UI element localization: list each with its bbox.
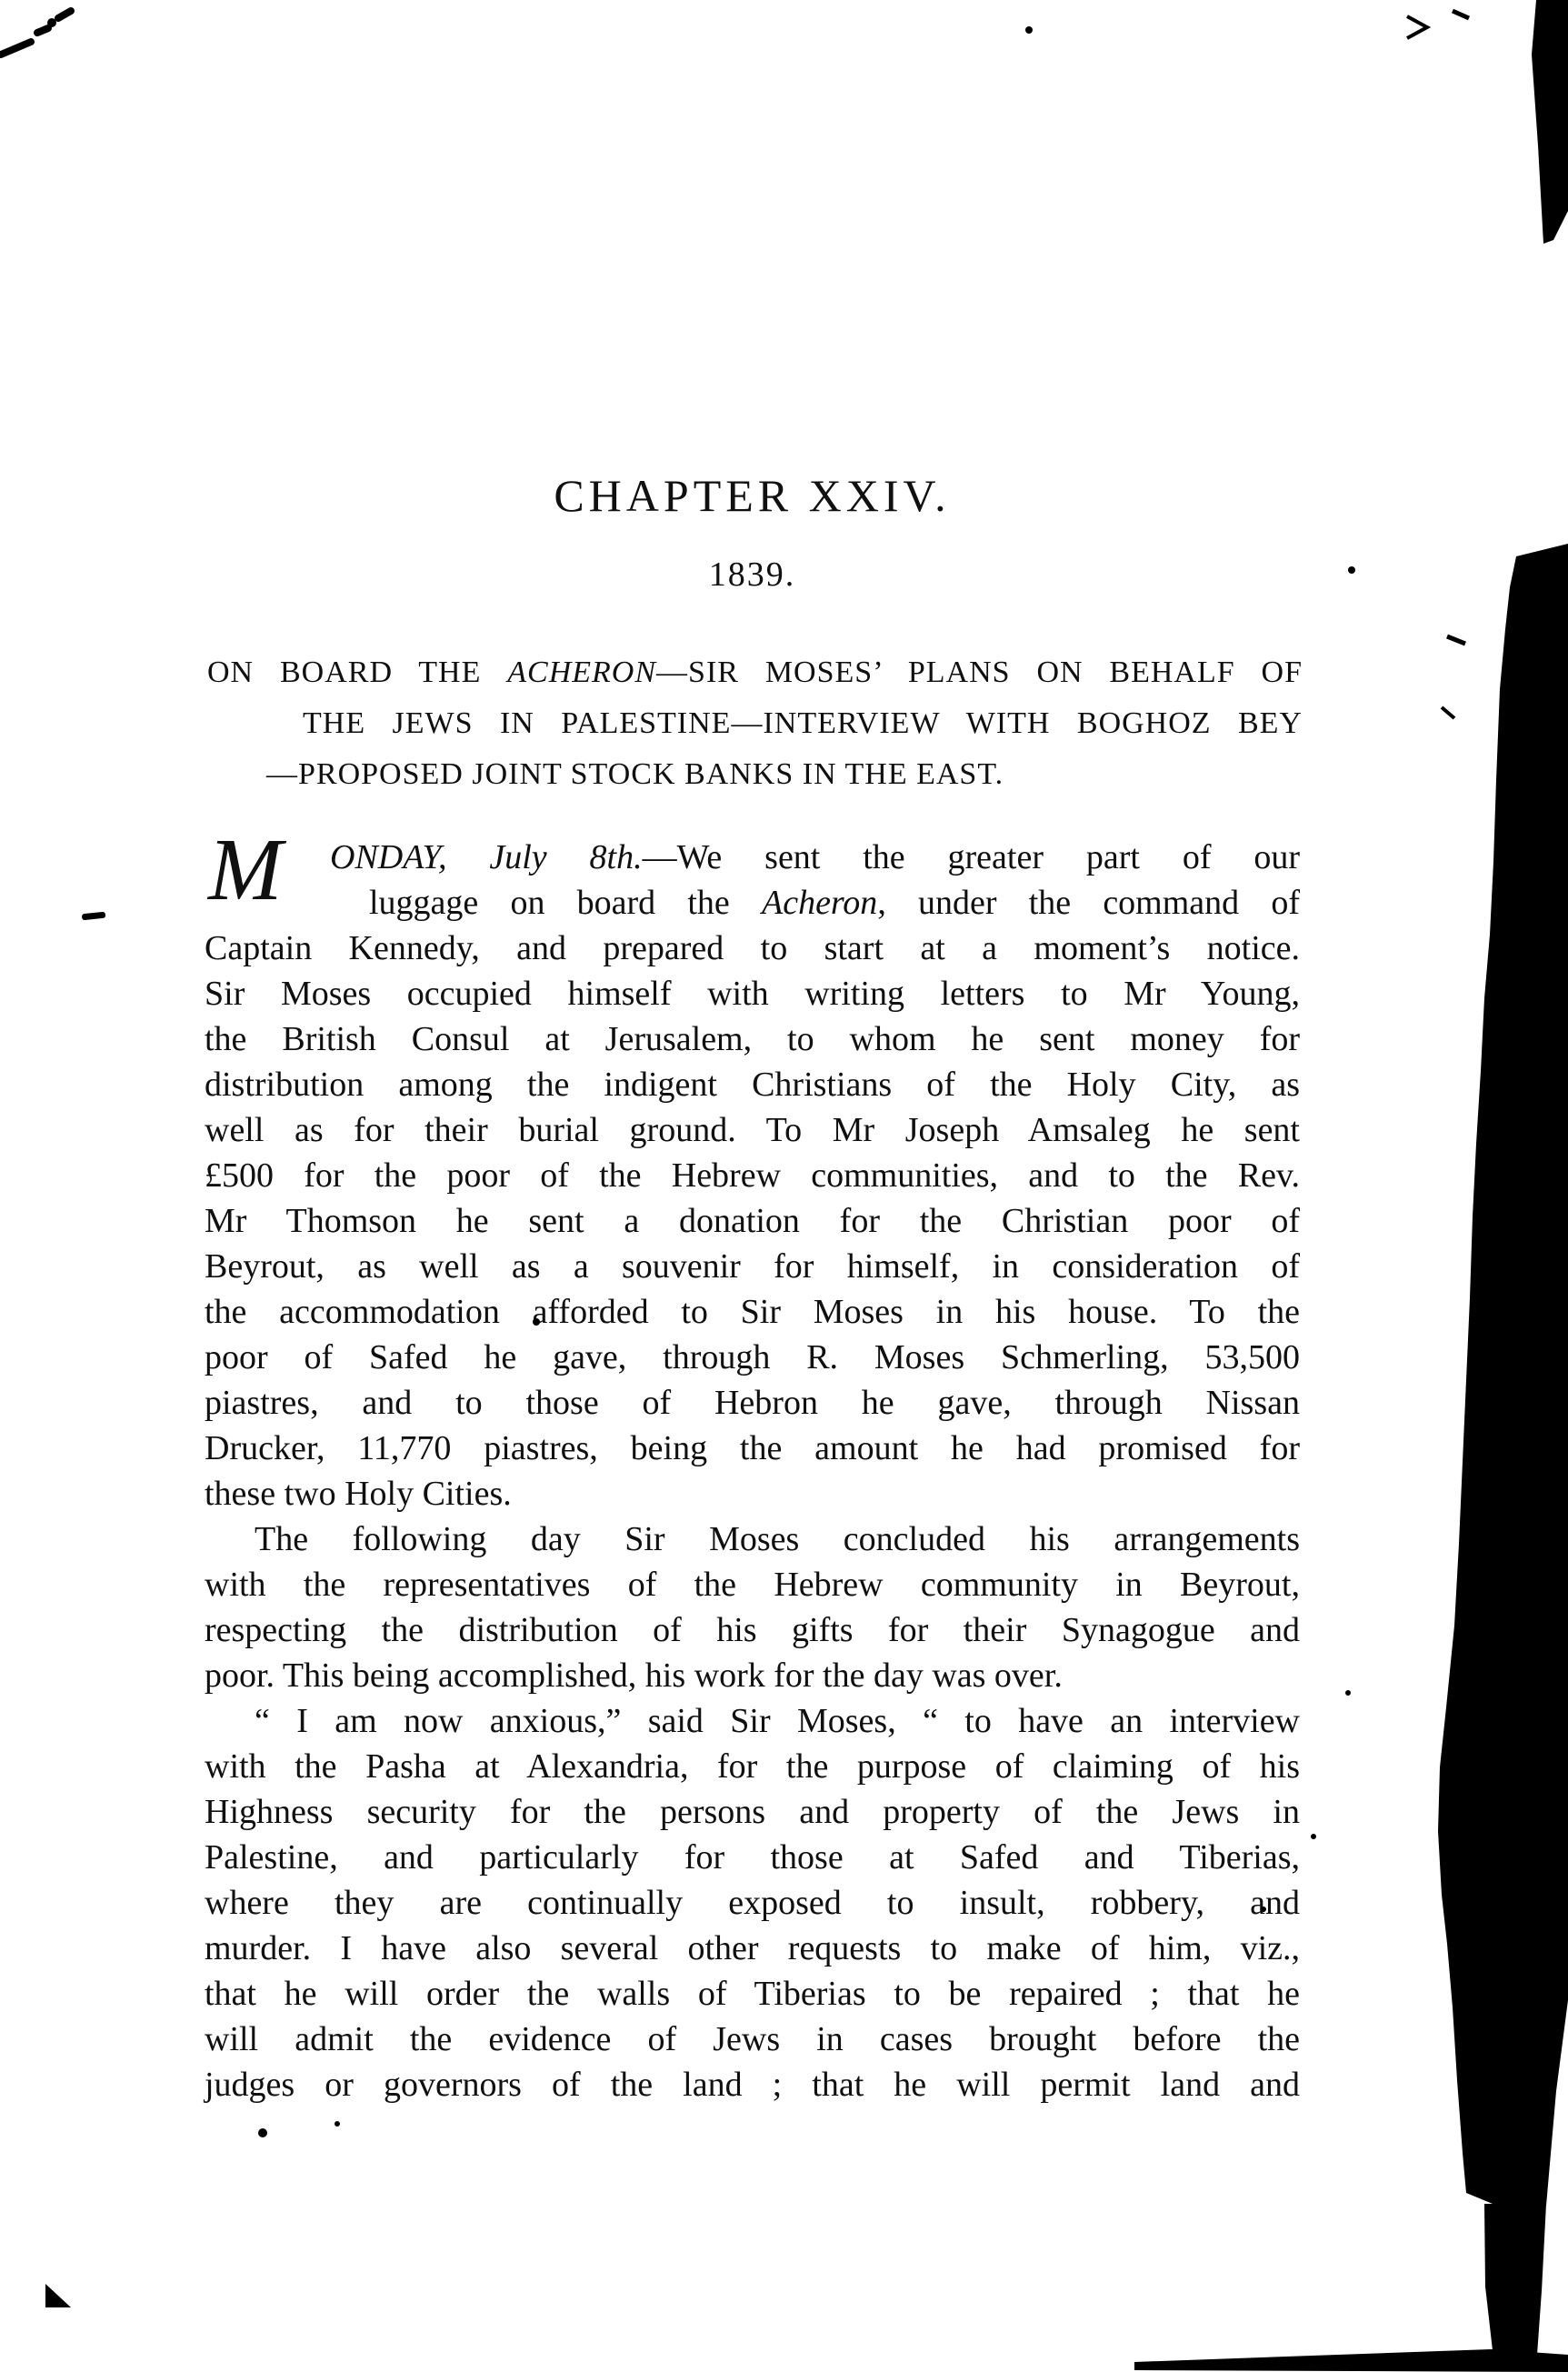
speck-artifact: [82, 912, 106, 921]
paragraph: The following day Sir Moses concluded hi…: [205, 1516, 1300, 1698]
body-line: where they are continually exposed to in…: [205, 1880, 1300, 1926]
paragraph: MONDAY, July 8th.—We sent the greater pa…: [205, 835, 1300, 1516]
summary-line: THE JEWS IN PALESTINE—INTERVIEW WITH BOG…: [207, 698, 1303, 749]
body-line: Drucker, 11,770 piastres, being the amou…: [205, 1426, 1300, 1471]
summary-line: —PROPOSED JOINT STOCK BANKS IN THE EAST.: [207, 749, 1303, 800]
body-line: poor of Safed he gave, through R. Moses …: [205, 1335, 1300, 1380]
binding-shadow-main: [1438, 544, 1568, 2207]
body-line: the British Consul at Jerusalem, to whom…: [205, 1016, 1300, 1062]
body-line: well as for their burial ground. To Mr J…: [205, 1107, 1300, 1153]
body-line: murder. I have also several other reques…: [205, 1926, 1300, 1971]
chapter-summary: ON BOARD THE ACHERON—SIR MOSES’ PLANS ON…: [207, 647, 1303, 800]
body-line: with the Pasha at Alexandria, for the pu…: [205, 1744, 1300, 1789]
body-line: that he will order the walls of Tiberias…: [205, 1971, 1300, 2017]
body-line: Palestine, and particularly for those at…: [205, 1835, 1300, 1880]
speck-artifact: [335, 2121, 340, 2127]
binding-shadow-top: [1532, 0, 1568, 244]
chapter-heading: CHAPTER XXIV.: [205, 469, 1300, 522]
body-line: Captain Kennedy, and prepared to start a…: [205, 926, 1300, 971]
binding-shadow-neck: [1484, 2204, 1546, 2358]
body-line: The following day Sir Moses concluded hi…: [205, 1516, 1300, 1562]
corner-mark-artifact: [45, 2284, 71, 2307]
body-line: these two Holy Cities.: [205, 1471, 1300, 1516]
speck-artifact: [1442, 707, 1454, 718]
body-text: MONDAY, July 8th.—We sent the greater pa…: [205, 835, 1300, 2107]
speck-artifact: [1348, 566, 1355, 574]
body-line: distribution among the indigent Christia…: [205, 1062, 1300, 1107]
scanned-book-page: CHAPTER XXIV. 1839. ON BOARD THE ACHERON…: [0, 0, 1568, 2372]
body-line: Sir Moses occupied himself with writing …: [205, 971, 1300, 1016]
speck-artifact: [1311, 1834, 1316, 1839]
body-line: with the representatives of the Hebrew c…: [205, 1562, 1300, 1607]
body-line: “ I am now anxious,” said Sir Moses, “ t…: [205, 1698, 1300, 1744]
body-line: Beyrout, as well as a souvenir for himse…: [205, 1244, 1300, 1289]
body-line: piastres, and to those of Hebron he gave…: [205, 1380, 1300, 1426]
paragraph: “ I am now anxious,” said Sir Moses, “ t…: [205, 1698, 1300, 2107]
pen-stroke-artifact: [1, 11, 71, 55]
body-line: respecting the distribution of his gifts…: [205, 1607, 1300, 1653]
speck-artifact: [258, 2128, 267, 2137]
summary-line: ON BOARD THE ACHERON—SIR MOSES’ PLANS ON…: [207, 647, 1303, 698]
body-line: ONDAY, July 8th.—We sent the greater par…: [205, 835, 1300, 880]
body-line: judges or governors of the land ; that h…: [205, 2062, 1300, 2107]
speck-artifact: [1025, 26, 1033, 34]
speck-artifact: [47, 18, 56, 27]
chapter-year: 1839.: [205, 555, 1300, 595]
speck-artifact: [1407, 16, 1427, 38]
binding-shadow-bottom: [1134, 2349, 1568, 2372]
speck-artifact: [1447, 636, 1465, 644]
body-line: Mr Thomson he sent a donation for the Ch…: [205, 1198, 1300, 1244]
speck-artifact: [1453, 11, 1469, 18]
body-line: will admit the evidence of Jews in cases…: [205, 2017, 1300, 2062]
speck-artifact: [1345, 1690, 1351, 1696]
drop-cap: M: [208, 829, 283, 911]
body-line: £500 for the poor of the Hebrew communit…: [205, 1153, 1300, 1198]
body-line: Highness security for the persons and pr…: [205, 1789, 1300, 1835]
body-line: poor. This being accomplished, his work …: [205, 1653, 1300, 1698]
body-line: luggage on board the Acheron, under the …: [205, 880, 1300, 926]
body-line: the accommodation afforded to Sir Moses …: [205, 1289, 1300, 1335]
